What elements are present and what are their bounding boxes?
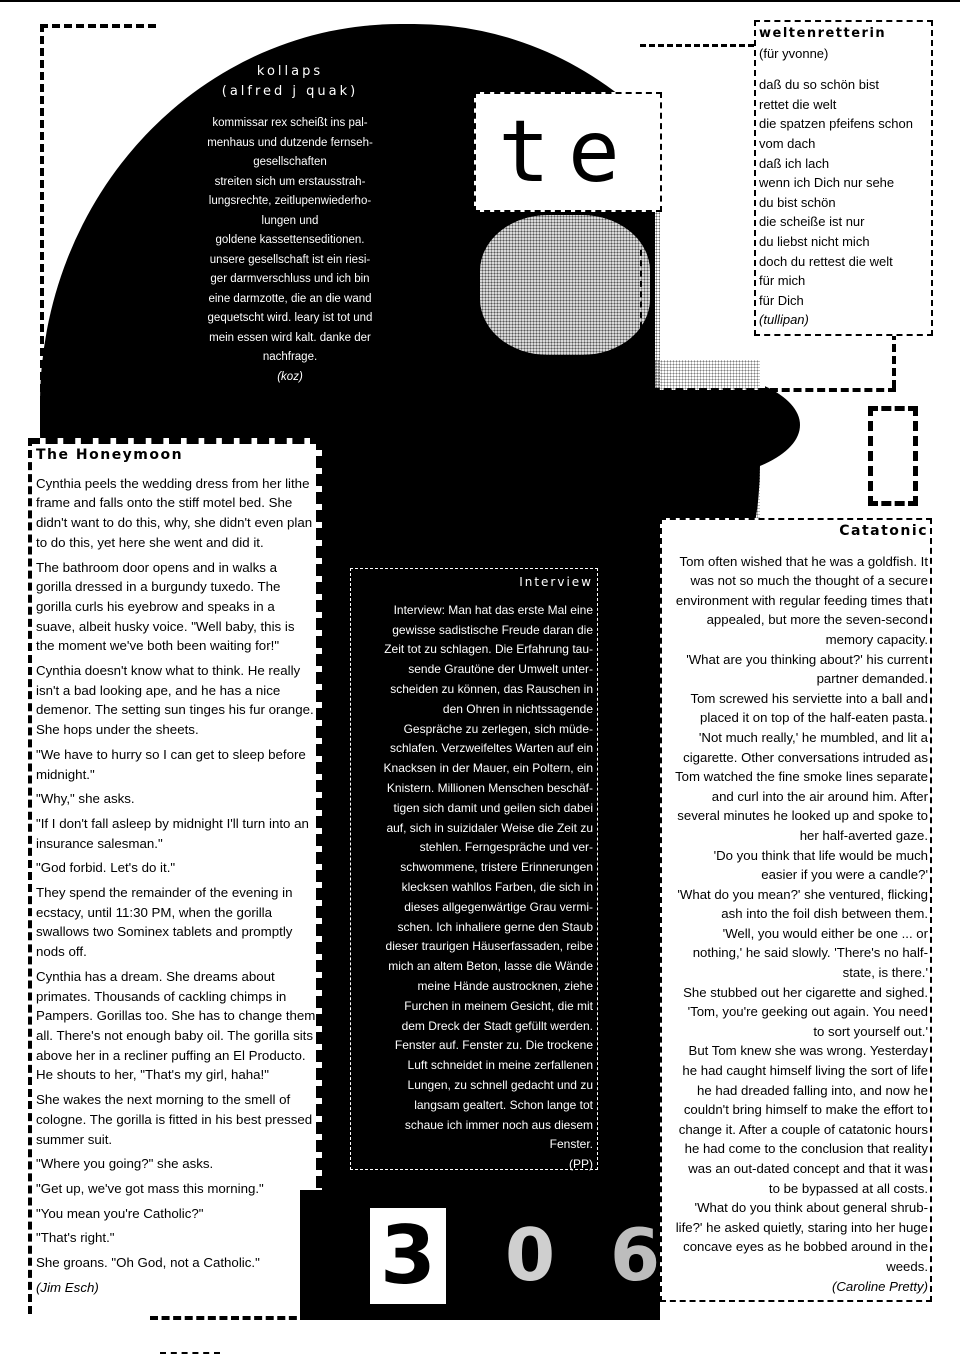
- poem-weltenretterin: weltenretterin (für yvonne) daß du so sc…: [754, 20, 933, 336]
- story-line: schen. Ich inhaliere gerne den Staub: [351, 918, 593, 938]
- story-paragraph: She groans. "Oh God, not a Catholic.": [36, 1253, 316, 1273]
- story-line: was an out-dated concept and that it was: [662, 1159, 928, 1179]
- te-title-box: te: [474, 92, 662, 212]
- dashed-connector-top: [640, 44, 754, 47]
- poem-line: nachfrage.: [180, 348, 400, 368]
- story-title: The Honeymoon: [36, 446, 316, 466]
- story-line: weeds.: [662, 1257, 928, 1277]
- story-paragraph: They spend the remainder of the evening …: [36, 883, 316, 962]
- story-line: cigarette. Other conversations intruded …: [662, 748, 928, 768]
- story-line: Luft schneidet in meine zerfallenen: [351, 1056, 593, 1076]
- story-line: Furchen in meinem Gesicht, die mit: [351, 997, 593, 1017]
- story-line: dieses allgegenwärtige Grau vermi-: [351, 898, 593, 918]
- story-catatonic: Catatonic Tom often wished that he was a…: [660, 518, 932, 1302]
- story-line: But Tom knew she was wrong. Yesterday: [662, 1041, 928, 1061]
- story-line: Interview: Man hat das erste Mal eine: [351, 601, 593, 621]
- story-line: gewisse sadistische Freude daran die: [351, 621, 593, 641]
- poem-line: die scheiße ist nur: [759, 212, 931, 232]
- number-plate-photo: [300, 1190, 660, 1320]
- story-line: her half-averted gaze.: [662, 826, 928, 846]
- dashed-connector-bottom: [640, 388, 896, 392]
- story-line: easier if you were a candle?': [662, 865, 928, 885]
- story-line: to be bypassed at all costs.: [662, 1179, 928, 1199]
- story-paragraph: "That's right.": [36, 1228, 316, 1248]
- story-paragraph: "You mean you're Catholic?": [36, 1204, 316, 1224]
- story-line: ash into the foil dish between them.: [662, 904, 928, 924]
- poem-title: weltenretterin: [759, 24, 931, 44]
- dashed-frame-left: [40, 24, 44, 416]
- story-line: partner demanded.: [662, 669, 928, 689]
- poem-author: (koz): [180, 368, 400, 388]
- story-line: auf, sich in suizidaler Weise die Zeit z…: [351, 819, 593, 839]
- story-line: schwommene, tristere Erinnerungen: [351, 858, 593, 878]
- story-paragraph: Cynthia doesn't know what to think. He r…: [36, 661, 316, 740]
- story-line: life?' he asked quietly, staring into he…: [662, 1218, 928, 1238]
- poem-dedication: (für yvonne): [759, 44, 931, 64]
- story-title: Interview: [351, 573, 593, 593]
- poem-line: doch du rettest die welt: [759, 252, 931, 272]
- story-line: Zeit tot zu schlagen. Die Erfahrung tau-: [351, 640, 593, 660]
- number-plate-digit: 6: [610, 1210, 660, 1300]
- poem-line: daß ich lach: [759, 154, 931, 174]
- story-line: scheiden zu können, das Rauschen in: [351, 680, 593, 700]
- dashed-connector-mid: [640, 250, 642, 390]
- story-paragraph: She wakes the next morning to the smell …: [36, 1090, 316, 1149]
- story-line: 'Do you think that life would be much: [662, 846, 928, 866]
- poem-title: kollaps: [180, 62, 400, 82]
- story-paragraph: "Get up, we've got mass this morning.": [36, 1179, 316, 1199]
- story-line: 'Tom, you're geeking out again. You need: [662, 1002, 928, 1022]
- story-line: den Ohren in nichtssagende: [351, 700, 593, 720]
- story-line: he had caught himself living the sort of…: [662, 1061, 928, 1081]
- story-line: environment with regular feeding times t…: [662, 591, 928, 611]
- story-line: Fenster auf. Fenster zu. Die trockene: [351, 1036, 593, 1056]
- story-line: dieser traurigen Häuserfassaden, reibe: [351, 937, 593, 957]
- poem-line: gesellschaften: [180, 153, 400, 173]
- dashed-rule-bottom: [150, 1316, 320, 1320]
- poem-line: menhaus und dutzende fernseh-: [180, 134, 400, 154]
- story-interview: Interview Interview: Man hat das erste M…: [350, 568, 598, 1170]
- story-line: nothing,' he said slowly. 'There's no ha…: [662, 943, 928, 963]
- story-line: mich an altem Beton, lasse die Wände: [351, 957, 593, 977]
- story-line: Tom watched the fine smoke lines separat…: [662, 767, 928, 787]
- story-line: 'What do you think about general shrub-: [662, 1198, 928, 1218]
- poem-line: streiten sich um erstausstrah-: [180, 173, 400, 193]
- poem-line: eine darmzotte, die an die wand: [180, 290, 400, 310]
- photo-halftone: [460, 200, 660, 580]
- story-line: and curl into the air around him. After: [662, 787, 928, 807]
- story-line: 'What are you thinking about?' his curre…: [662, 650, 928, 670]
- story-line: Knacksen in der Mauer, ein Poltern, ein: [351, 759, 593, 779]
- story-line: was not so much the thought of a secure: [662, 571, 928, 591]
- story-line: to sort yourself out.': [662, 1022, 928, 1042]
- poem-line: unsere gesellschaft ist ein riesi-: [180, 251, 400, 271]
- story-line: langsam gealtert. Schon lange tot: [351, 1096, 593, 1116]
- story-line: Lungen, zu schnell gedacht und zu: [351, 1076, 593, 1096]
- poem-line: mein essen wird kalt. danke der: [180, 329, 400, 349]
- poem-line: gequetscht wird. leary ist tot und: [180, 309, 400, 329]
- poem-line: du bist schön: [759, 193, 931, 213]
- story-paragraph: Cynthia has a dream. She dreams about pr…: [36, 967, 316, 1085]
- story-line: Gespräche zu zerlegen, sich müde-: [351, 720, 593, 740]
- poem-line: für mich: [759, 271, 931, 291]
- story-line: 'Not much really,' he mumbled, and lit a: [662, 728, 928, 748]
- story-line: klecksen wahllos Farben, die sich in: [351, 878, 593, 898]
- story-paragraph: "If I don't fall asleep by midnight I'll…: [36, 814, 316, 853]
- story-line: Tom often wished that he was a goldfish.…: [662, 552, 928, 572]
- page-mark: [160, 1352, 220, 1356]
- poem-line: kommissar rex scheißt ins pal-: [180, 114, 400, 134]
- story-line: concave eyes as he bobbed around in the: [662, 1237, 928, 1257]
- poem-line: wenn ich Dich nur sehe: [759, 173, 931, 193]
- story-line: he had dreaded falling into, and now he: [662, 1081, 928, 1101]
- story-line: Fenster.: [351, 1135, 593, 1155]
- story-paragraph: Cynthia peels the wedding dress from her…: [36, 474, 316, 553]
- story-line: placed it on top of the half-eaten pasta…: [662, 708, 928, 728]
- poem-line: daß du so schön bist: [759, 75, 931, 95]
- story-line: appealed, but more the seven-second: [662, 610, 928, 630]
- story-line: Knistern. Millionen Menschen beschäf-: [351, 779, 593, 799]
- photo-white-area: [655, 30, 765, 390]
- story-paragraph: "God forbid. Let's do it.": [36, 858, 316, 878]
- poem-line: du liebst nicht mich: [759, 232, 931, 252]
- story-author: (Jim Esch): [36, 1278, 316, 1298]
- story-paragraph: "We have to hurry so I can get to sleep …: [36, 745, 316, 784]
- story-line: state, is there.': [662, 963, 928, 983]
- story-line: Tom screwed his serviette into a ball an…: [662, 689, 928, 709]
- story-paragraph: "Why," she asks.: [36, 789, 316, 809]
- poem-line: lungsrechte, zeitlupenwiederho-: [180, 192, 400, 212]
- story-line: schaue ich immer noch aus diesem: [351, 1116, 593, 1136]
- story-line: tigen sich damit und geilen sich dabei: [351, 799, 593, 819]
- dashed-frame-topleft: [40, 24, 156, 416]
- story-paragraph: The bathroom door opens and in walks a g…: [36, 558, 316, 657]
- poem-line: die spatzen pfeifens schon: [759, 114, 931, 134]
- poem-kollaps: kollaps (alfred j quak) kommissar rex sc…: [180, 62, 400, 387]
- story-line: couldn't bring himself to make the effor…: [662, 1100, 928, 1120]
- poem-subtitle: (alfred j quak): [180, 82, 400, 102]
- story-author: (Caroline Pretty): [662, 1277, 928, 1297]
- poem-line: für Dich: [759, 291, 931, 311]
- story-line: She stubbed out her cigarette and sighed…: [662, 983, 928, 1003]
- story-line: stehlen. Ferngespräche und ver-: [351, 838, 593, 858]
- poem-line: vom dach: [759, 134, 931, 154]
- story-line: change it. After a couple of catatonic h…: [662, 1120, 928, 1140]
- poem-line: lungen und: [180, 212, 400, 232]
- story-author: (PP): [351, 1155, 593, 1175]
- story-line: sende Grautöne der Umwelt unter-: [351, 660, 593, 680]
- story-line: he had come to the conclusion that reali…: [662, 1139, 928, 1159]
- poem-line: ger darmverschluss und ich bin: [180, 270, 400, 290]
- poem-line: rettet die welt: [759, 95, 931, 115]
- story-line: several minutes he looked up and spoke t…: [662, 806, 928, 826]
- poem-line: goldene kassettenseditionen.: [180, 231, 400, 251]
- story-line: meine Hände austrocknen, ziehe: [351, 977, 593, 997]
- dashed-bracket-box: [868, 406, 918, 506]
- number-plate-digit: 0: [490, 1210, 570, 1300]
- story-line: 'Well, you would either be one ... or: [662, 924, 928, 944]
- story-honeymoon: The Honeymoon Cynthia peels the wedding …: [28, 438, 322, 1314]
- story-line: memory capacity.: [662, 630, 928, 650]
- story-title: Catatonic: [662, 522, 928, 542]
- dashed-connector-right: [892, 332, 896, 388]
- number-plate-digit: 3: [370, 1208, 446, 1304]
- story-line: dem Dreck der Stadt gefüllt werden.: [351, 1017, 593, 1037]
- story-line: schlafen. Verzweifeltes Warten auf ein: [351, 739, 593, 759]
- story-line: 'What do you mean?' she ventured, flicki…: [662, 885, 928, 905]
- poem-author: (tullipan): [759, 310, 931, 330]
- story-paragraph: "Where you going?" she asks.: [36, 1154, 316, 1174]
- top-rule: [0, 0, 960, 2]
